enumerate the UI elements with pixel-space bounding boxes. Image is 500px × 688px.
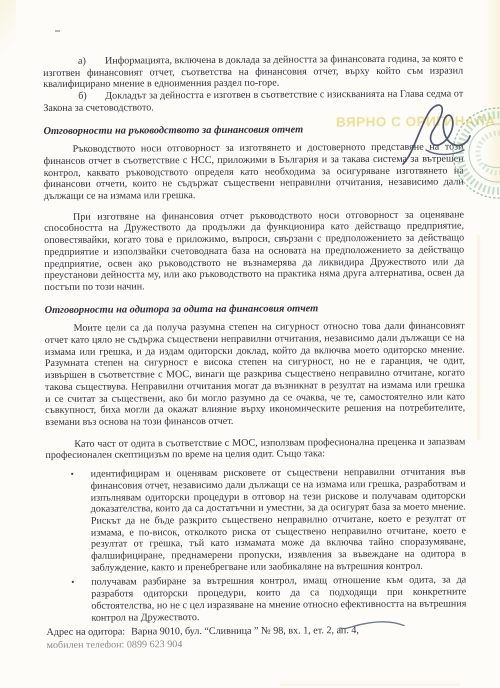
bullet-item-internal-control: получавам разбиране за вътрешния контрол…	[91, 575, 466, 624]
scan-smudge-bottom	[280, 680, 460, 686]
document-page: ВЯРНО С ОРИГИНАЛА а)Информацията, включе…	[0, 0, 500, 688]
paragraph-auditor-1: Моите цели са да получа разумна степен н…	[45, 321, 466, 429]
paragraph-auditor-2: Като част от одита в съответствие с МОС,…	[45, 436, 465, 462]
pen-underline-swoosh	[338, 616, 408, 632]
auditor-phone-line-clipped: мобилен телефон: 0899 623 904	[47, 637, 467, 648]
list-item-a-text: Информацията, включена в доклада за дейн…	[43, 53, 463, 90]
auditor-address-value: Варна 9010, бул. “Сливница ” № 98, вх. 1…	[131, 625, 359, 637]
scan-smudge-top-left	[0, 0, 16, 72]
bullet-item-risk-identification: идентифицирам и оценявам рисковете от съ…	[91, 467, 467, 575]
scan-fold-line	[477, 235, 480, 440]
list-item-a-marker: а)	[78, 56, 105, 68]
section-heading-auditor-responsibilities: Отговорности на одитора за одита на фина…	[45, 302, 465, 316]
auditor-signature	[398, 98, 483, 173]
paragraph-management-2: При изготвяне на финансовия отчет ръково…	[44, 209, 464, 293]
auditor-address-label: Адрес на одитора:	[46, 627, 125, 638]
list-item-b-marker: б)	[78, 91, 105, 103]
scanned-audit-report-page: { "document": { "items": [ { "marker": "…	[0, 0, 500, 688]
list-item-a: а)Информацията, включена в доклада за де…	[43, 53, 463, 91]
scan-speck	[55, 30, 60, 32]
auditor-procedures-list: идентифицирам и оценявам рисковете от съ…	[46, 467, 467, 625]
